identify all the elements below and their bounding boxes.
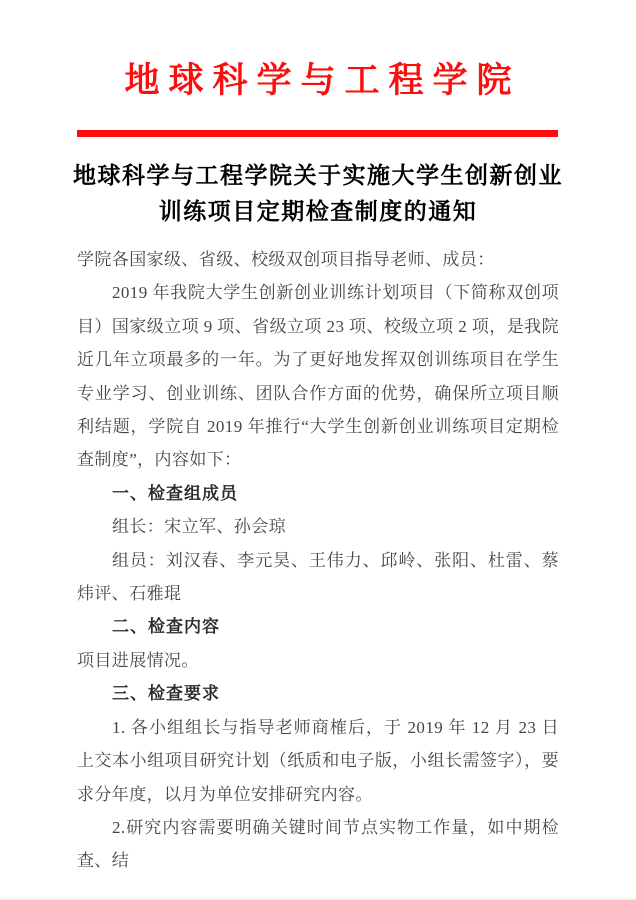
document-page: 地球科学与工程学院 地球科学与工程学院关于实施大学生创新创业 训练项目定期检查制… bbox=[0, 0, 636, 900]
letterhead-title: 地球科学与工程学院 bbox=[0, 58, 636, 104]
document-title-line1: 地球科学与工程学院关于实施大学生创新创业 bbox=[73, 162, 563, 188]
body-paragraph: 1. 各小组组长与指导老师商榷后，于 2019 年 12 月 23 日上交本小组… bbox=[77, 711, 559, 811]
document-title-line2: 训练项目定期检查制度的通知 bbox=[159, 198, 478, 224]
body-paragraph: 学院各国家级、省级、校级双创项目指导老师、成员： bbox=[77, 243, 559, 276]
section-heading: 一、检查组成员 bbox=[77, 477, 559, 510]
body-paragraph: 项目进展情况。 bbox=[77, 644, 559, 677]
red-divider-line bbox=[77, 130, 558, 137]
document-body: 学院各国家级、省级、校级双创项目指导老师、成员：2019 年我院大学生创新创业训… bbox=[77, 243, 559, 878]
body-paragraph: 2.研究内容需要明确关键时间节点实物工作量，如中期检查、结 bbox=[77, 811, 559, 878]
section-heading: 二、检查内容 bbox=[77, 610, 559, 643]
body-paragraph: 组员：刘汉春、李元昊、王伟力、邱岭、张阳、杜雷、蔡炜评、石雅琨 bbox=[77, 544, 559, 611]
section-heading: 三、检查要求 bbox=[77, 677, 559, 710]
body-paragraph: 组长：宋立军、孙会琼 bbox=[77, 510, 559, 543]
body-paragraph: 2019 年我院大学生创新创业训练计划项目（下简称双创项目）国家级立项 9 项、… bbox=[77, 276, 559, 476]
document-title: 地球科学与工程学院关于实施大学生创新创业 训练项目定期检查制度的通知 bbox=[48, 157, 588, 229]
